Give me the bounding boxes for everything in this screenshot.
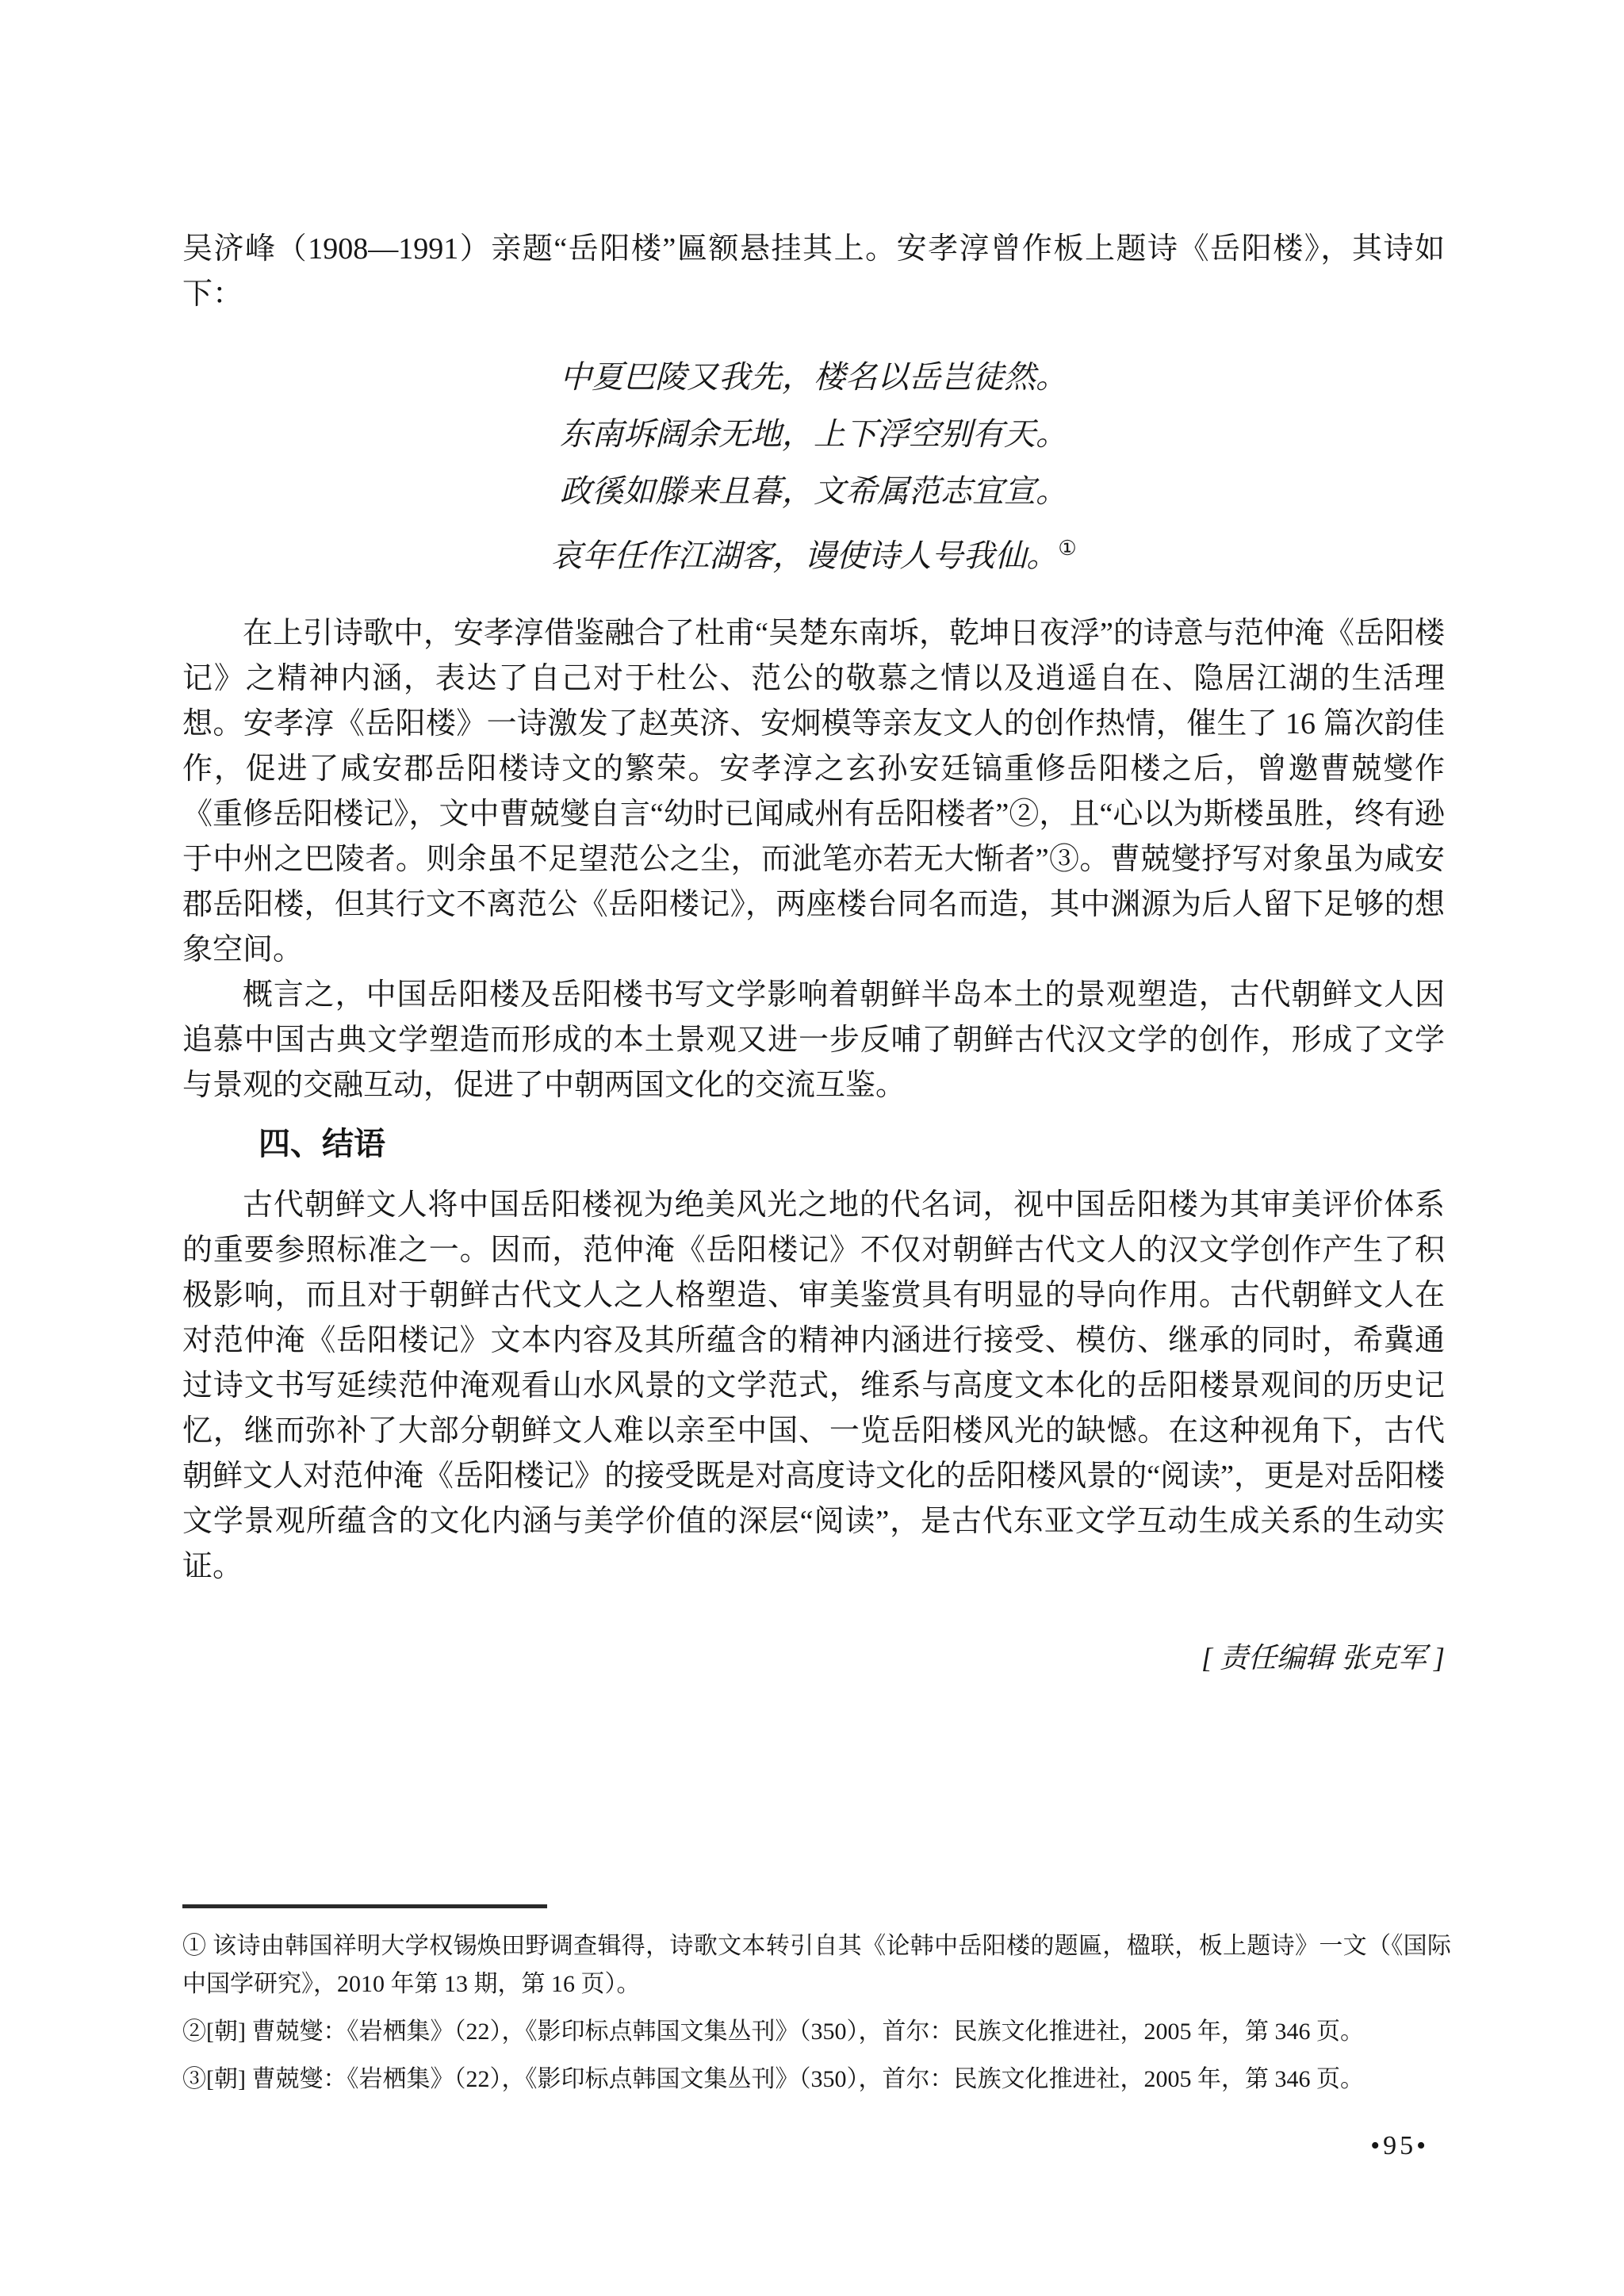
footnote-area: ① 该诗由韩国祥明大学权锡焕田野调查辑得，诗歌文本转引自其《论韩中岳阳楼的题匾，… [182,1904,1451,2108]
footnote-separator-rule [182,1904,547,1908]
poem-line: 中夏巴陵又我先，楼名以岳岂徒然。 [182,349,1445,406]
responsible-editor-note: [ 责任编辑 张克军 ] [182,1639,1445,1677]
conclusion-paragraph: 古代朝鲜文人将中国岳阳楼视为绝美风光之地的代名词，视中国岳阳楼为其审美评价体系的… [182,1183,1445,1590]
section-heading-conclusion: 四、结语 [182,1126,1445,1162]
footnote-reference-1: ① [1058,537,1076,560]
poem-line: 东南坼阔余无地，上下浮空别有天。 [182,406,1445,463]
footnote-2: ②[朝] 曹兢燮：《岩栖集》（22），《影印标点韩国文集丛刊》（350），首尔：… [182,2013,1451,2051]
footnote-1: ① 该诗由韩国祥明大学权锡焕田野调查辑得，诗歌文本转引自其《论韩中岳阳楼的题匾，… [182,1927,1451,2003]
body-paragraph: 在上引诗歌中，安孝淳借鉴融合了杜甫“吴楚东南坼，乾坤日夜浮”的诗意与范仲淹《岳阳… [182,611,1445,973]
intro-paragraph-continuation: 吴济峰（1908—1991）亲题“岳阳楼”匾额悬挂其上。安孝淳曾作板上题诗《岳阳… [182,227,1445,317]
page-body: 吴济峰（1908—1991）亲题“岳阳楼”匾额悬挂其上。安孝淳曾作板上题诗《岳阳… [182,227,1445,1677]
poem-block: 中夏巴陵又我先，楼名以岳岂徒然。 东南坼阔余无地，上下浮空别有天。 政徯如滕来且… [182,349,1445,584]
page-number: •95• [1370,2131,1429,2161]
footnote-3: ③[朝] 曹兢燮：《岩栖集》（22），《影印标点韩国文集丛刊》（350），首尔：… [182,2061,1451,2099]
poem-line: 哀年任作江湖客，谩使诗人号我仙。① [182,520,1445,584]
poem-line-text: 哀年任作江湖客，谩使诗人号我仙。 [550,538,1058,573]
body-paragraph: 概言之，中国岳阳楼及岳阳楼书写文学影响着朝鲜半岛本土的景观塑造，古代朝鲜文人因追… [182,973,1445,1108]
journal-page: 吴济峰（1908—1991）亲题“岳阳楼”匾额悬挂其上。安孝淳曾作板上题诗《岳阳… [0,0,1624,2296]
poem-line: 政徯如滕来且暮，文希属范志宜宣。 [182,463,1445,520]
